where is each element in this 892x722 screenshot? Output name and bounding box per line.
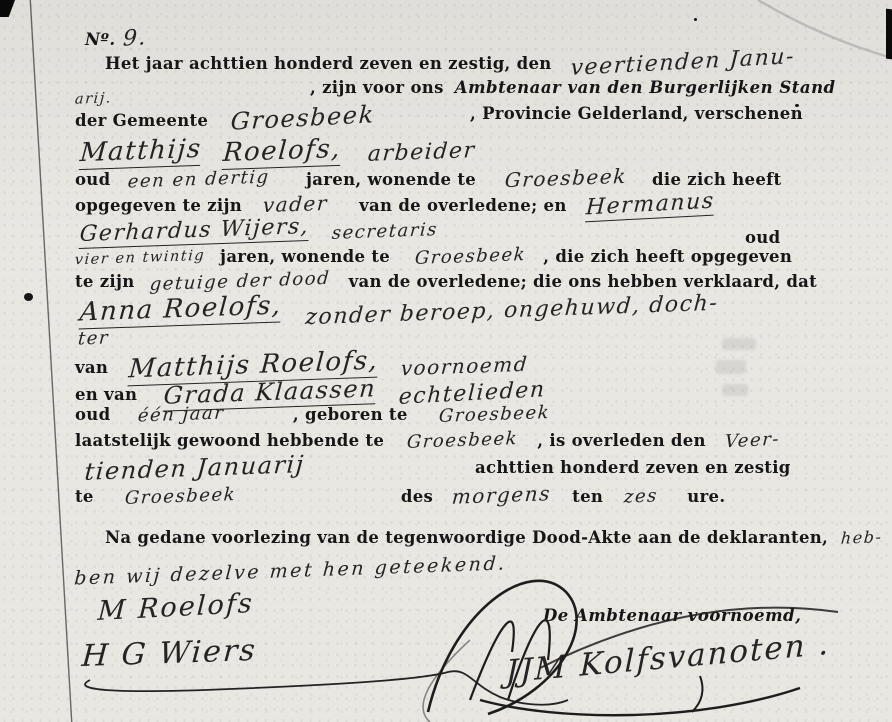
printed-text: laatstelijk gewoond hebbende te bbox=[75, 431, 384, 450]
signature-official: JJM Kolfsvanoten . bbox=[504, 626, 832, 690]
death-date-line: tienden Januarij bbox=[85, 454, 304, 482]
handwritten-deceased-status: zonder beroep, ongehuwd, doch- bbox=[305, 291, 720, 330]
death-time-line: te Groesbeek des morgens ten zes ure. bbox=[75, 483, 725, 507]
printed-text: te bbox=[75, 487, 94, 506]
handwritten-death-date-1: Veer- bbox=[724, 429, 780, 453]
handwritten-father-voornoemd: voornoemd bbox=[400, 352, 529, 380]
opening-line-3b: , Provincie Gelderland, verschenen bbox=[470, 104, 803, 123]
handwritten-closing-1: heb- bbox=[840, 527, 883, 547]
handwritten-death-place: Groesbeek bbox=[124, 484, 237, 509]
handwritten-signature-wiers: H G Wiers bbox=[81, 633, 259, 674]
declarant2-age-line: vier en twintig jaren, wonende te Groesb… bbox=[75, 246, 792, 267]
handwritten-declarant1-residence: Groesbeek bbox=[504, 164, 628, 192]
handwritten-closing-2: ben wij dezelve met hen geteekend. bbox=[74, 552, 508, 589]
handwritten-declarant1-occupation: arbeider bbox=[366, 138, 475, 167]
ink-speck bbox=[694, 18, 697, 21]
printed-text: van de overledene; en bbox=[359, 196, 567, 215]
printed-official-voornoemd: De Ambtenaar voornoemd, bbox=[543, 606, 801, 625]
declarant2-relation-line: te zijn getuige der dood van de overlede… bbox=[75, 271, 817, 292]
opening-line-2: , zijn voor ons Ambtenaar van den Burger… bbox=[310, 78, 836, 97]
bleedthrough-mark bbox=[722, 384, 748, 396]
act-number: Nº. 9. bbox=[85, 26, 147, 51]
official-label-line: De Ambtenaar voornoemd, bbox=[543, 606, 801, 625]
declarant2-name-line: Gerhardus Wijers, secretaris bbox=[80, 218, 438, 245]
handwritten-declarant1-age: een en dertig bbox=[127, 167, 270, 193]
printed-text: en van bbox=[75, 385, 137, 404]
bleedthrough-mark bbox=[716, 360, 746, 374]
signature-declarant1: M Roelofs bbox=[98, 592, 254, 623]
handwritten-signature-official: JJM Kolfsvanoten . bbox=[505, 626, 830, 691]
last-residence-line: laatstelijk gewoond hebbende te Groesbee… bbox=[75, 430, 780, 451]
scan-corner-black-top-right bbox=[886, 9, 892, 60]
printed-text: , is overleden den bbox=[537, 431, 706, 450]
handwritten-municipality: Groesbeek bbox=[230, 100, 376, 135]
declarant1-name-line: Matthijs Roelofs, arbeider bbox=[80, 136, 475, 168]
handwritten-deceased-age: één jaar bbox=[137, 403, 225, 427]
printed-text: Het jaar achttien honderd zeven en zesti… bbox=[105, 54, 552, 73]
deceased-age-line: oud één jaar , geboren te Groesbeek bbox=[75, 404, 550, 425]
printed-text: achttien honderd zeven en zestig bbox=[475, 458, 791, 477]
opening-line-1: Het jaar achttien honderd zeven en zesti… bbox=[105, 50, 794, 75]
printed-text: der Gemeente bbox=[75, 111, 208, 130]
handwritten-death-date-2: tienden Januarij bbox=[84, 450, 306, 486]
handwritten-declarant1-relation: vader bbox=[262, 191, 329, 217]
handwritten-deceased-name: Anna Roelofs, bbox=[79, 290, 283, 329]
handwritten-declarant2-firstname: Hermanus bbox=[585, 189, 715, 223]
handwritten-declarant2-residence: Groesbeek bbox=[414, 244, 527, 269]
declarant2-oud: oud bbox=[745, 228, 780, 247]
printed-text: ure. bbox=[687, 487, 725, 506]
handwritten-declarant2-age: vier en twintig bbox=[74, 248, 205, 269]
bleedthrough-mark bbox=[722, 338, 756, 350]
handwritten-deceased-status2: ter bbox=[77, 327, 110, 349]
handwritten-declarant2-name: Gerhardus Wijers, bbox=[79, 214, 310, 249]
printed-text: , geboren te bbox=[293, 405, 408, 424]
signature-declarant2: H G Wiers bbox=[82, 636, 257, 671]
printed-text: Na gedane voorlezing van de tegenwoordig… bbox=[105, 528, 828, 547]
printed-text: oud bbox=[75, 170, 110, 189]
printed-text: , Provincie Gelderland, verschenen bbox=[470, 104, 803, 123]
handwritten-hour: zes bbox=[623, 485, 658, 507]
handwritten-declarant2-occupation: secretaris bbox=[331, 219, 439, 244]
death-year-line: achttien honderd zeven en zestig bbox=[475, 458, 791, 477]
ink-blot bbox=[24, 293, 33, 301]
printed-text: te zijn bbox=[75, 272, 135, 291]
printed-text: die zich heeft bbox=[652, 170, 781, 189]
act-number-label: Nº. bbox=[85, 30, 116, 49]
handwritten-death-date-part1: veertienden Janu- bbox=[570, 44, 796, 81]
handwritten-declarant1-firstname: Matthijs bbox=[79, 134, 203, 170]
handwritten-daypart: morgens bbox=[451, 481, 552, 508]
deceased-status-cont: ter bbox=[78, 328, 109, 349]
scan-corner-black-top-left bbox=[0, 0, 15, 17]
declarant1-relation-line: opgegeven te zijn vader van de overleden… bbox=[75, 192, 714, 219]
opening-line-3: der Gemeente Groesbeek bbox=[75, 104, 375, 132]
printed-text: van de overledene; die ons hebben verkla… bbox=[349, 272, 817, 291]
handwritten-birthplace: Groesbeek bbox=[438, 402, 551, 427]
act-number-value: 9. bbox=[122, 25, 147, 51]
printed-official-title: Ambtenaar van den Burgerlijken Stand bbox=[455, 78, 836, 97]
death-certificate-scan: Nº. 9. Het jaar achttien honderd zeven e… bbox=[0, 0, 892, 722]
printed-text: , die zich heeft opgegeven bbox=[543, 247, 792, 266]
handwritten-signature-roelofs: M Roelofs bbox=[97, 588, 255, 627]
printed-text: oud bbox=[75, 405, 110, 424]
deceased-name-line: Anna Roelofs, zonder beroep, ongehuwd, d… bbox=[80, 294, 718, 326]
printed-text: oud bbox=[745, 228, 780, 247]
handwritten-last-residence: Groesbeek bbox=[406, 428, 519, 453]
printed-text: , zijn voor ons bbox=[310, 78, 444, 97]
closing-line-2: ben wij dezelve met hen geteekend. bbox=[75, 560, 506, 582]
declarant1-age-line: oud een en dertig jaren, wonende te Groe… bbox=[75, 166, 781, 190]
printed-text: jaren, wonende te bbox=[220, 247, 390, 266]
printed-text: opgegeven te zijn bbox=[75, 196, 242, 215]
printed-text: des bbox=[401, 487, 433, 506]
closing-line-1: Na gedane voorlezing van de tegenwoordig… bbox=[105, 528, 883, 547]
handwritten-declarant1-surname: Roelofs, bbox=[221, 134, 341, 170]
printed-text: jaren, wonende te bbox=[306, 170, 476, 189]
printed-text: ten bbox=[572, 487, 603, 506]
printed-text: van bbox=[75, 358, 108, 377]
